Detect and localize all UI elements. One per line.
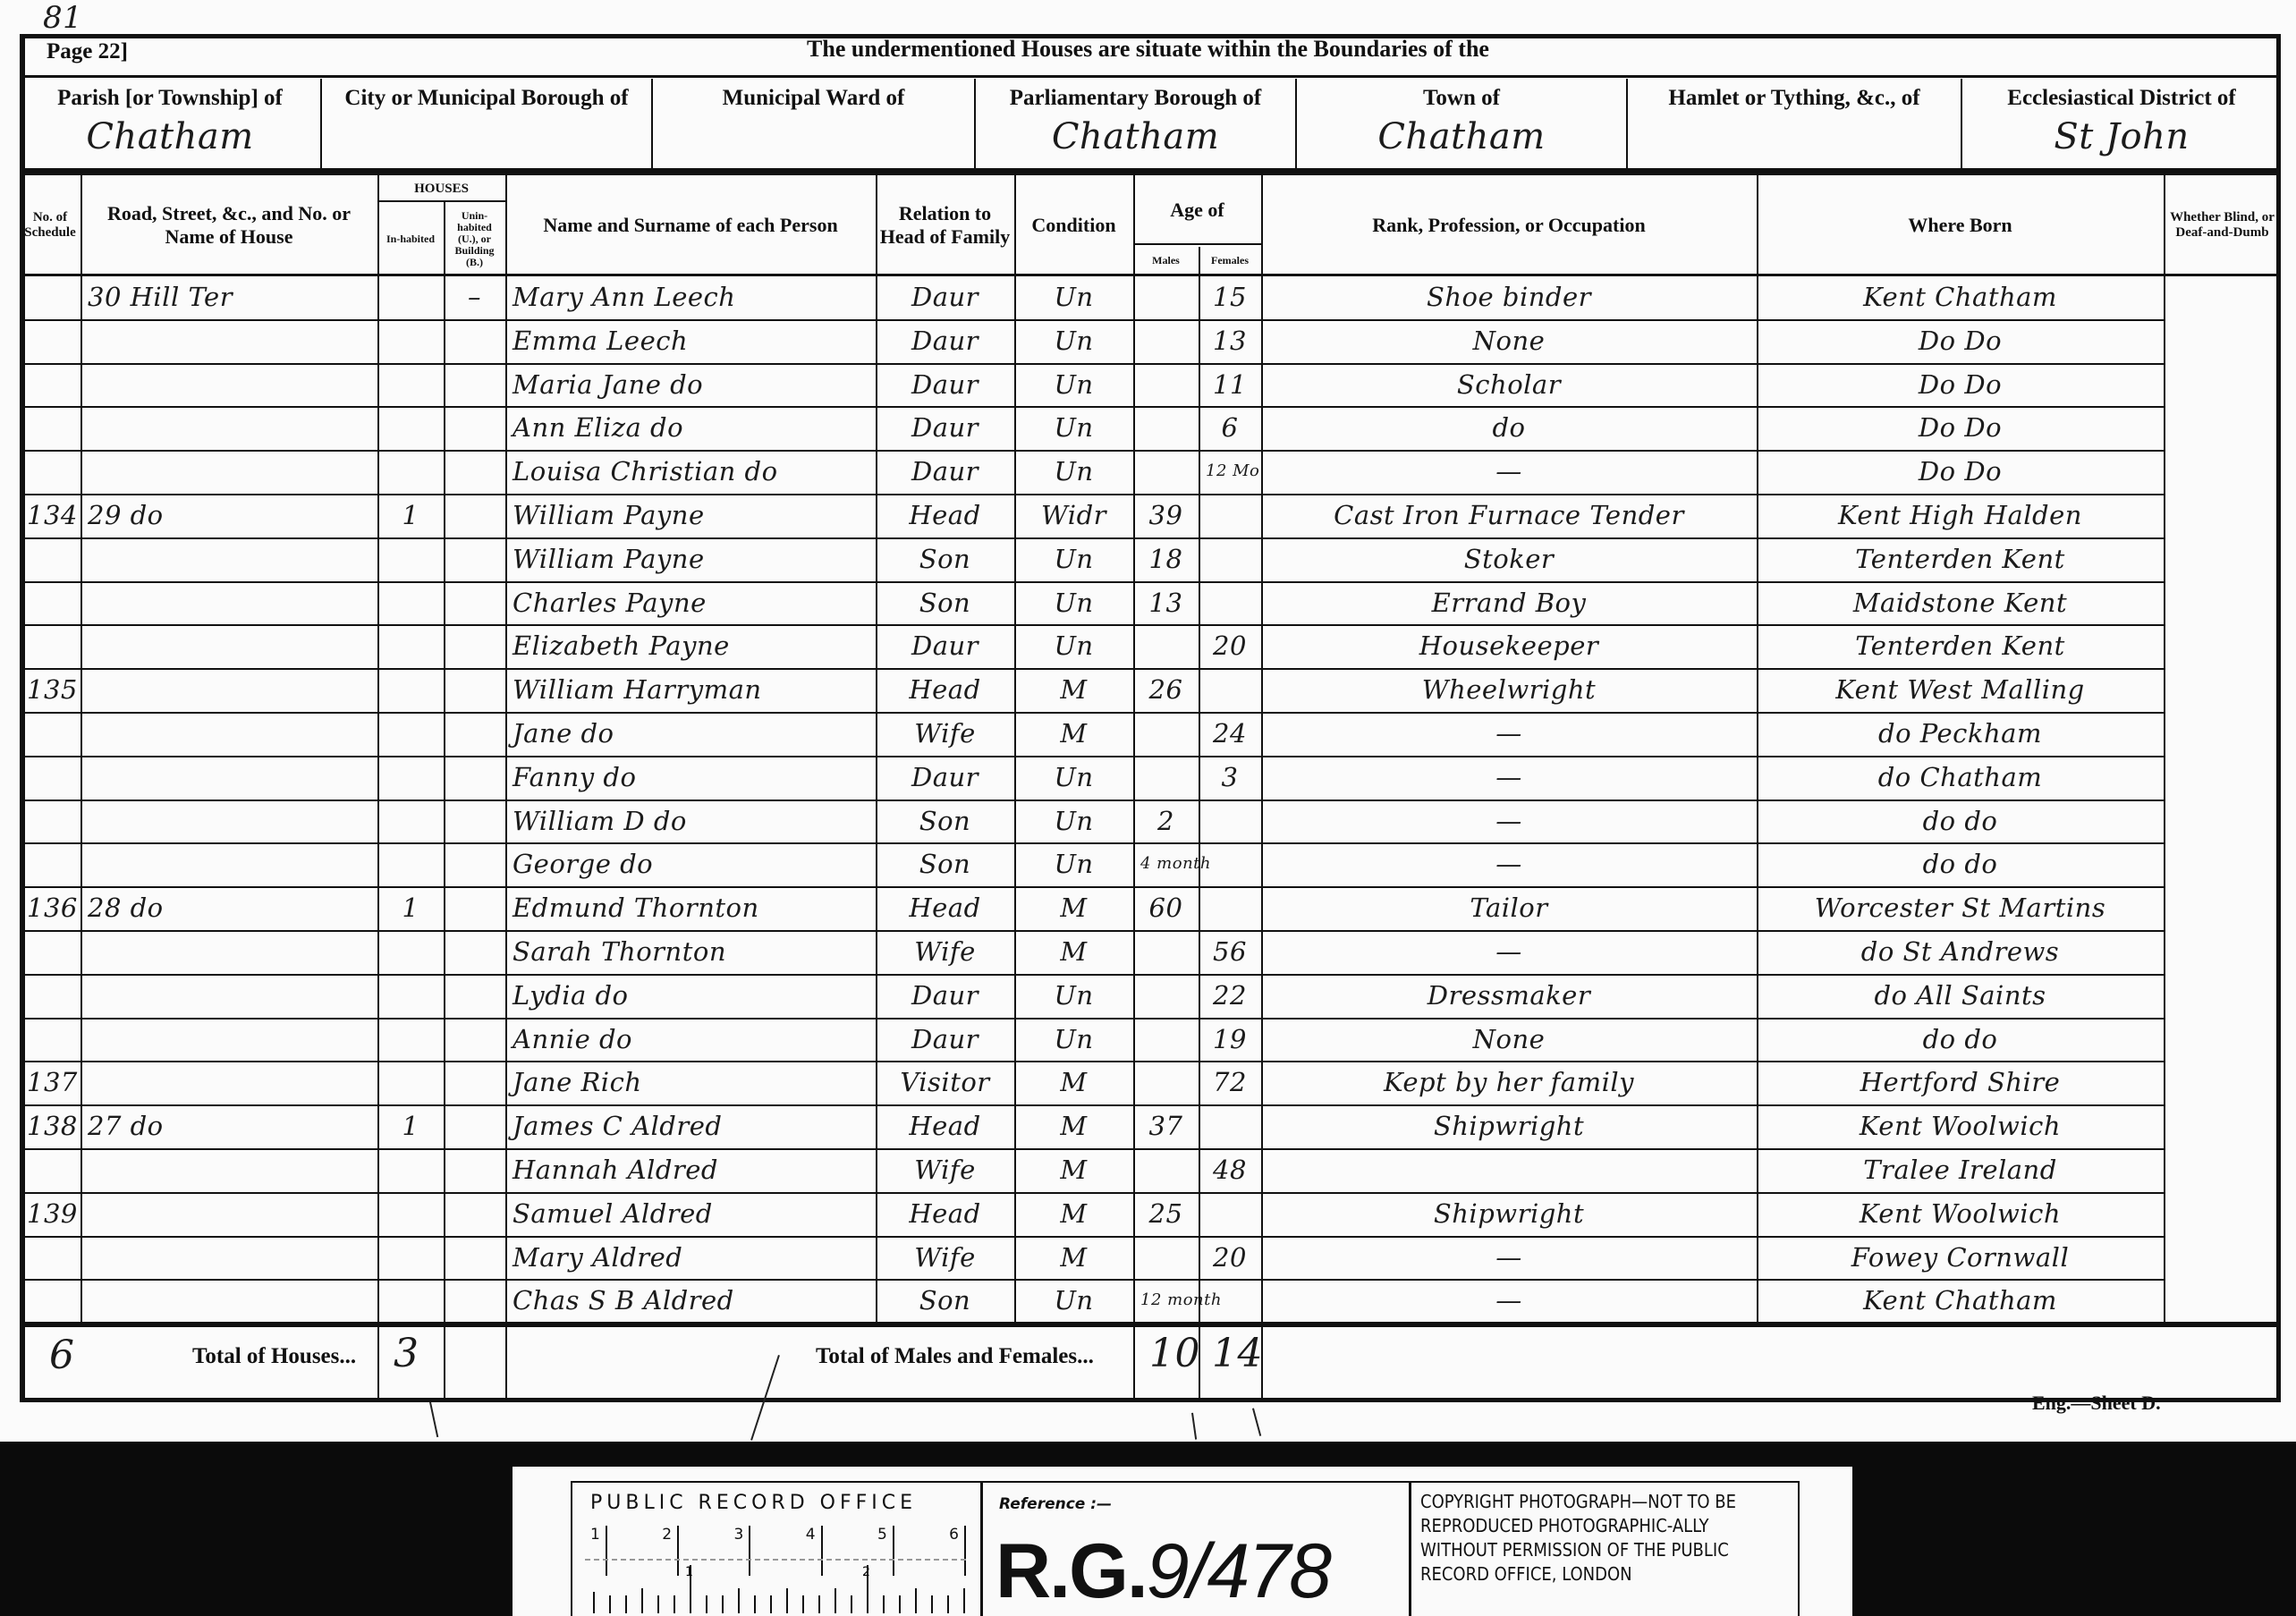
cell-condition: Un [1021, 275, 1126, 318]
cell-inhabited [385, 712, 436, 755]
cell-name: Hannah Aldred [513, 1148, 868, 1191]
cell-blind [2171, 668, 2274, 711]
reference-number: R.G.9/478 [995, 1527, 1330, 1616]
cell-schedule [27, 712, 73, 755]
cell-occupation: Stoker [1268, 537, 1750, 580]
column-rule [444, 202, 445, 1400]
cell-male-age [1140, 319, 1191, 362]
cell-occupation: Tailor [1268, 886, 1750, 929]
column-rule [1014, 175, 1016, 1322]
cell-relation: Son [883, 842, 1007, 885]
cell-relation: Head [883, 494, 1007, 537]
total-persons-label: Total of Males and Females... [816, 1344, 1094, 1369]
cell-road [88, 1236, 370, 1279]
cell-uninhabited [451, 1104, 498, 1147]
cell-road [88, 842, 370, 885]
cell-relation: Wife [883, 712, 1007, 755]
cell-male-age: 60 [1140, 886, 1191, 929]
cell-name: Annie do [513, 1018, 868, 1061]
cell-blind [2171, 756, 2274, 799]
cell-condition: Un [1021, 319, 1126, 362]
cell-inhabited [385, 1236, 436, 1279]
cell-name: Charles Payne [513, 581, 868, 624]
cell-inhabited [385, 1279, 436, 1322]
column-header-born: Where Born [1757, 175, 2164, 275]
cell-name: William Harryman [513, 668, 868, 711]
cell-male-age [1140, 363, 1191, 406]
cell-male-age [1140, 450, 1191, 493]
cell-female-age: 12 Mo [1206, 450, 1254, 493]
cell-uninhabited [451, 974, 498, 1017]
cell-road [88, 1279, 370, 1322]
cell-relation: Head [883, 1104, 1007, 1147]
cell-female-age [1206, 886, 1254, 929]
cell-schedule [27, 1279, 73, 1322]
cell-road [88, 1148, 370, 1191]
cell-uninhabited [451, 450, 498, 493]
cell-occupation: Dressmaker [1268, 974, 1750, 1017]
cell-occupation: Shipwright [1268, 1192, 1750, 1235]
cell-blind [2171, 800, 2274, 842]
cell-female-age [1206, 1104, 1254, 1147]
cell-relation: Wife [883, 930, 1007, 973]
cell-uninhabited [451, 581, 498, 624]
cell-female-age [1206, 494, 1254, 537]
cell-road [88, 319, 370, 362]
cell-road [88, 974, 370, 1017]
cell-male-age [1140, 1018, 1191, 1061]
cell-condition: M [1021, 1104, 1126, 1147]
reference-section: Reference :— R.G.9/478 [983, 1483, 1411, 1616]
cell-occupation: do [1268, 406, 1750, 449]
cell-female-age: 72 [1206, 1061, 1254, 1104]
cell-occupation: None [1268, 1018, 1750, 1061]
cell-occupation: — [1268, 930, 1750, 973]
cell-inhabited [385, 756, 436, 799]
cell-blind [2171, 842, 2274, 885]
cell-name: James C Aldred [513, 1104, 868, 1147]
cell-schedule [27, 756, 73, 799]
cell-female-age: 3 [1206, 756, 1254, 799]
cell-uninhabited [451, 712, 498, 755]
cell-uninhabited [451, 756, 498, 799]
cell-relation: Head [883, 886, 1007, 929]
reference-label: Reference :— [999, 1495, 1112, 1513]
column-rule [1199, 247, 1200, 1400]
column-rule [2164, 175, 2165, 1322]
cell-road [88, 581, 370, 624]
cell-condition: Un [1021, 842, 1126, 885]
jurisdiction-value: Chatham [1297, 116, 1626, 157]
cell-name: Jane Rich [513, 1061, 868, 1104]
cell-female-age [1206, 1279, 1254, 1322]
archive-label: PUBLIC RECORD OFFICE 123456 1 2 R [513, 1467, 1852, 1616]
cell-uninhabited [451, 1279, 498, 1322]
cell-male-age: 39 [1140, 494, 1191, 537]
total-males: 10 [1149, 1331, 1200, 1376]
jurisdiction-field: Ecclesiastical District ofSt John [1961, 79, 2281, 168]
cell-female-age [1206, 1192, 1254, 1235]
cell-female-age [1206, 581, 1254, 624]
cell-schedule: 134 [27, 494, 73, 537]
cell-relation: Daur [883, 275, 1007, 318]
cell-occupation: — [1268, 450, 1750, 493]
cell-uninhabited [451, 1018, 498, 1061]
column-rule [377, 175, 379, 1400]
cell-inhabited [385, 537, 436, 580]
jurisdiction-field: Municipal Ward of [651, 79, 974, 168]
cell-road [88, 1018, 370, 1061]
cell-female-age: 22 [1206, 974, 1254, 1017]
cell-uninhabited [451, 668, 498, 711]
cell-blind [2171, 1018, 2274, 1061]
cell-name: Chas S B Aldred [513, 1279, 868, 1322]
jurisdiction-label: Municipal Ward of [653, 86, 974, 111]
cell-schedule: 136 [27, 886, 73, 929]
cell-road [88, 800, 370, 842]
office-name: PUBLIC RECORD OFFICE [590, 1492, 917, 1514]
cell-uninhabited [451, 319, 498, 362]
cell-blind [2171, 1104, 2274, 1147]
column-header-inhabited: In-habited [377, 202, 444, 275]
cell-schedule: 137 [27, 1061, 73, 1104]
cell-inhabited [385, 363, 436, 406]
cell-male-age: 2 [1140, 800, 1191, 842]
cell-inhabited [385, 275, 436, 318]
total-houses-label: Total of Houses... [192, 1344, 356, 1369]
cell-inhabited [385, 1061, 436, 1104]
cell-relation: Wife [883, 1236, 1007, 1279]
cell-blind [2171, 1323, 2274, 1366]
cell-road [88, 756, 370, 799]
cell-inhabited [385, 842, 436, 885]
cell-uninhabited [451, 1323, 498, 1366]
column-rule [1757, 175, 1758, 1322]
cell-condition: Widr [1021, 494, 1126, 537]
cell-condition: M [1021, 1236, 1126, 1279]
cell-condition: Un [1021, 581, 1126, 624]
cell-relation: Daur [883, 319, 1007, 362]
cell-name: Maria Jane do [513, 363, 868, 406]
cell-occupation: Kept by her family [1268, 1061, 1750, 1104]
cell-relation: Son [883, 537, 1007, 580]
cell-blind [2171, 1279, 2274, 1322]
cell-name: William D do [513, 800, 868, 842]
cell-name: Jane do [513, 712, 868, 755]
cell-road: 28 do [88, 886, 370, 929]
cell-relation: Head [883, 1192, 1007, 1235]
cell-uninhabited [451, 800, 498, 842]
cell-male-age [1140, 756, 1191, 799]
cell-condition: Un [1021, 756, 1126, 799]
cell-inhabited [385, 800, 436, 842]
column-header-schedule: No. of Schedule [20, 175, 80, 275]
cell-road: 29 do [88, 494, 370, 537]
cell-blind [2171, 363, 2274, 406]
cell-relation: Daur [883, 406, 1007, 449]
cell-inhabited [385, 319, 436, 362]
cell-relation: Daur [883, 1018, 1007, 1061]
cell-condition: M [1021, 668, 1126, 711]
tick-mark [429, 1402, 438, 1438]
column-rule [80, 175, 82, 1322]
copyright-notice: COPYRIGHT PHOTOGRAPH—NOT TO BE REPRODUCE… [1411, 1483, 1798, 1616]
cell-uninhabited [451, 1148, 498, 1191]
cell-male-age [1140, 1148, 1191, 1191]
cell-road [88, 363, 370, 406]
cell-condition: M [1021, 1192, 1126, 1235]
cell-condition: M [1021, 1148, 1126, 1191]
cell-name: Samuel Aldred [513, 1192, 868, 1235]
cell-relation: Daur [883, 450, 1007, 493]
cell-inhabited [385, 624, 436, 667]
cell-schedule [27, 363, 73, 406]
cell-occupation: Errand Boy [1268, 581, 1750, 624]
cell-condition: M [1021, 886, 1126, 929]
cell-born: Kent Chatham [1764, 275, 2156, 318]
cell-occupation: Housekeeper [1268, 624, 1750, 667]
cell-blind [2171, 886, 2274, 929]
cell-schedule [27, 624, 73, 667]
cell-inhabited: 1 [385, 1104, 436, 1147]
cell-female-age: 15 [1206, 275, 1254, 318]
reference-piece: 9/478 [1147, 1528, 1330, 1614]
cell-name: George do [513, 842, 868, 885]
cell-name: Ann Eliza do [513, 406, 868, 449]
cell-male-age: 4 month [1140, 842, 1191, 885]
jurisdiction-label: Parish [or Township] of [20, 86, 320, 111]
cell-male-age: 25 [1140, 1192, 1191, 1235]
cell-relation: Son [883, 581, 1007, 624]
cell-male-age: 13 [1140, 581, 1191, 624]
cell-road [88, 624, 370, 667]
cell-name: Elizabeth Payne [513, 624, 868, 667]
column-header-uninhabited: Unin-habited (U.), or Building (B.) [444, 202, 505, 275]
cell-inhabited [385, 1192, 436, 1235]
jurisdiction-field: Parliamentary Borough ofChatham [974, 79, 1295, 168]
cell-schedule [27, 1236, 73, 1279]
cell-male-age [1140, 1061, 1191, 1104]
cell-road [88, 450, 370, 493]
cell-occupation: — [1268, 1236, 1750, 1279]
cell-uninhabited [451, 886, 498, 929]
cell-blind [2171, 1061, 2274, 1104]
cell-schedule [27, 1018, 73, 1061]
cell-occupation [1268, 1148, 1750, 1191]
cell-road: 27 do [88, 1104, 370, 1147]
cell-born: do do [1764, 1018, 2156, 1061]
column-header-condition: Condition [1014, 175, 1133, 275]
cell-blind [2171, 494, 2274, 537]
cell-occupation: Cast Iron Furnace Tender [1268, 494, 1750, 537]
column-header-occupation: Rank, Profession, or Occupation [1261, 175, 1757, 275]
cell-occupation [1268, 1323, 1750, 1366]
cell-born: Tenterden Kent [1764, 624, 2156, 667]
cell-occupation: — [1268, 800, 1750, 842]
cell-born: Kent Chatham [1764, 1279, 2156, 1322]
cell-inhabited: 1 [385, 494, 436, 537]
cell-schedule: 139 [27, 1192, 73, 1235]
cell-female-age: 13 [1206, 319, 1254, 362]
svg-text:2: 2 [862, 1565, 870, 1579]
cell-road [88, 668, 370, 711]
cell-road [88, 537, 370, 580]
cell-relation: Head [883, 668, 1007, 711]
cell-relation: Daur [883, 363, 1007, 406]
cell-name: William Payne [513, 494, 868, 537]
cell-condition: Un [1021, 1018, 1126, 1061]
column-header-relation: Relation to Head of Family [876, 175, 1014, 275]
total-houses-inhabited: 3 [394, 1331, 419, 1376]
cell-schedule [27, 974, 73, 1017]
cell-inhabited [385, 406, 436, 449]
cell-schedule [27, 537, 73, 580]
cell-born: Do Do [1764, 363, 2156, 406]
cell-condition: Un [1021, 450, 1126, 493]
cell-born: do St Andrews [1764, 930, 2156, 973]
column-header-road: Road, Street, &c., and No. or Name of Ho… [80, 175, 377, 275]
cell-born: Worcester St Martins [1764, 886, 2156, 929]
cell-female-age: 56 [1206, 930, 1254, 973]
column-rule [1133, 175, 1135, 1400]
cell-male-age [1140, 930, 1191, 973]
cell-name: Sarah Thornton [513, 930, 868, 973]
cell-relation: Daur [883, 756, 1007, 799]
cell-blind [2171, 581, 2274, 624]
jurisdiction-value: St John [1962, 116, 2281, 157]
cell-uninhabited [451, 842, 498, 885]
cell-inhabited [385, 581, 436, 624]
cell-schedule: 135 [27, 668, 73, 711]
cell-name: Lydia do [513, 974, 868, 1017]
cell-male-age [1140, 1236, 1191, 1279]
cell-female-age: 6 [1206, 406, 1254, 449]
cell-condition: Un [1021, 406, 1126, 449]
cell-name: Fanny do [513, 756, 868, 799]
cell-female-age: 11 [1206, 363, 1254, 406]
cell-blind [2171, 1192, 2274, 1235]
column-header-blind: Whether Blind, or Deaf-and-Dumb [2164, 175, 2281, 275]
cell-occupation: — [1268, 712, 1750, 755]
cell-female-age [1206, 842, 1254, 885]
cell-blind [2171, 406, 2274, 449]
cell-inhabited [385, 1018, 436, 1061]
jurisdiction-field: Town ofChatham [1295, 79, 1626, 168]
cell-road [88, 1192, 370, 1235]
cell-uninhabited [451, 406, 498, 449]
cell-female-age [1206, 800, 1254, 842]
cell-blind [2171, 275, 2274, 318]
jurisdiction-label: Ecclesiastical District of [1962, 86, 2281, 111]
cell-female-age: 48 [1206, 1148, 1254, 1191]
jurisdiction-label: Hamlet or Tything, &c., of [1628, 86, 1961, 111]
cell-relation: Son [883, 1279, 1007, 1322]
cell-born: Do Do [1764, 450, 2156, 493]
cell-schedule [27, 319, 73, 362]
cell-male-age: 26 [1140, 668, 1191, 711]
page-heading: The undermentioned Houses are situate wi… [0, 36, 2296, 63]
cell-born: Kent Woolwich [1764, 1104, 2156, 1147]
cell-name: Edmund Thornton [513, 886, 868, 929]
cell-schedule [27, 800, 73, 842]
cell-name: William Payne [513, 537, 868, 580]
cell-born: do do [1764, 842, 2156, 885]
cell-name: Louisa Christian do [513, 450, 868, 493]
cell-blind [2171, 319, 2274, 362]
cell-schedule [27, 406, 73, 449]
cell-inhabited [385, 1148, 436, 1191]
tick-mark [1252, 1408, 1261, 1435]
cell-born: Kent High Halden [1764, 494, 2156, 537]
cell-female-age: 20 [1206, 624, 1254, 667]
cell-female-age: 19 [1206, 1018, 1254, 1061]
cell-uninhabited [451, 537, 498, 580]
column-header-males: Males [1133, 247, 1199, 274]
cell-born: Hertford Shire [1764, 1061, 2156, 1104]
cell-inhabited [385, 450, 436, 493]
cell-blind [2171, 930, 2274, 973]
cell-relation: Wife [883, 1148, 1007, 1191]
cell-schedule [27, 581, 73, 624]
cell-born [1764, 1323, 2156, 1366]
cell-relation: Daur [883, 974, 1007, 1017]
cell-road [88, 406, 370, 449]
cell-occupation: None [1268, 319, 1750, 362]
cell-born: Tenterden Kent [1764, 537, 2156, 580]
cell-blind [2171, 1148, 2274, 1191]
cell-road: 30 Hill Ter [88, 275, 370, 318]
cell-condition: Un [1021, 363, 1126, 406]
cell-born: Fowey Cornwall [1764, 1236, 2156, 1279]
cell-born: do Chatham [1764, 756, 2156, 799]
jurisdiction-value: Chatham [976, 116, 1295, 157]
total-schedules: 6 [49, 1333, 75, 1378]
cell-born: Tralee Ireland [1764, 1148, 2156, 1191]
cell-condition: Un [1021, 624, 1126, 667]
jurisdiction-label: Parliamentary Borough of [976, 86, 1295, 111]
cell-male-age [1140, 712, 1191, 755]
cell-occupation: — [1268, 842, 1750, 885]
cell-occupation: — [1268, 756, 1750, 799]
cell-uninhabited [451, 624, 498, 667]
cell-born: Kent Woolwich [1764, 1192, 2156, 1235]
reference-prefix: R.G. [995, 1528, 1147, 1614]
cell-schedule [27, 930, 73, 973]
cell-female-age: 20 [1206, 1236, 1254, 1279]
cell-born: do do [1764, 800, 2156, 842]
cell-schedule [27, 1148, 73, 1191]
cell-name: Mary Aldred [513, 1236, 868, 1279]
cell-condition: M [1021, 712, 1126, 755]
svg-text:1: 1 [685, 1565, 693, 1579]
ruler-scale-icon: 1 2 [585, 1556, 970, 1613]
cell-uninhabited [451, 1236, 498, 1279]
cell-schedule: 138 [27, 1104, 73, 1147]
cell-occupation: Shipwright [1268, 1104, 1750, 1147]
jurisdiction-field: City or Municipal Borough of [320, 79, 651, 168]
cell-occupation: Shoe binder [1268, 275, 1750, 318]
cell-male-age: 37 [1140, 1104, 1191, 1147]
cell-inhabited [385, 974, 436, 1017]
cell-born: do All Saints [1764, 974, 2156, 1017]
cell-relation: Visitor [883, 1061, 1007, 1104]
tick-mark [1191, 1413, 1197, 1440]
jurisdiction-label: City or Municipal Borough of [322, 86, 651, 111]
cell-female-age: 24 [1206, 712, 1254, 755]
cell-uninhabited [451, 1061, 498, 1104]
jurisdiction-field: Hamlet or Tything, &c., of [1626, 79, 1961, 168]
cell-road [88, 930, 370, 973]
